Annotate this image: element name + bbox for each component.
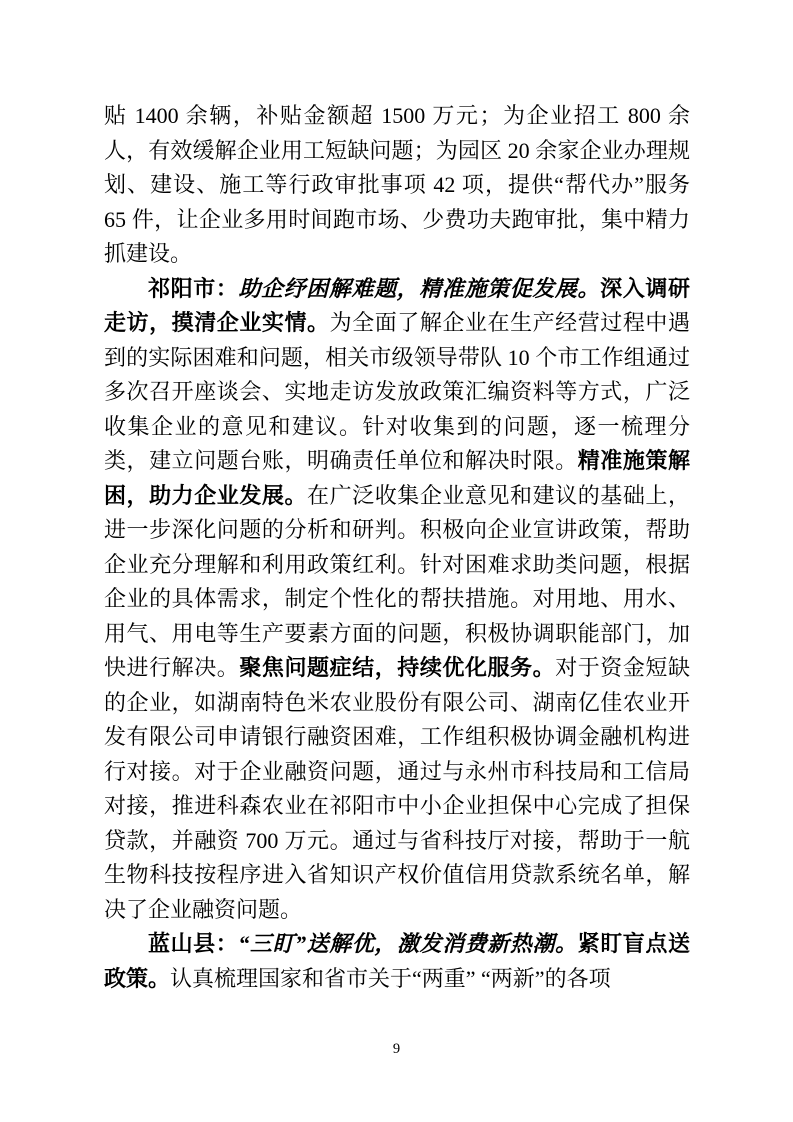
text-run-bold-kai: 助企纾困解难题，精准施策促发展。 — [238, 276, 600, 301]
text-run-lead: 祁阳市： — [148, 276, 238, 301]
text-run-body: 认真梳理国家和省市关于“两重” “两新”的各项 — [170, 966, 611, 991]
paragraph: 贴 1400 余辆，补贴金额超 1500 万元；为企业招工 800 余人，有效缓… — [104, 99, 690, 272]
text-run-body: 贴 1400 余辆，补贴金额超 1500 万元；为企业招工 800 余人，有效缓… — [104, 103, 690, 266]
paragraph: 祁阳市：助企纾困解难题，精准施策促发展。深入调研走访，摸清企业实情。为全面了解企… — [104, 272, 690, 928]
page-number: 9 — [0, 1039, 793, 1059]
document-page: 贴 1400 余辆，补贴金额超 1500 万元；为企业招工 800 余人，有效缓… — [0, 0, 793, 1122]
text-run-lead: 蓝山县： — [148, 931, 238, 956]
text-run-bold: 聚焦问题症结，持续优化服务。 — [239, 655, 555, 680]
document-body: 贴 1400 余辆，补贴金额超 1500 万元；为企业招工 800 余人，有效缓… — [104, 99, 690, 996]
text-run-body: 对于资金短缺的企业，如湖南特色米农业股份有限公司、湖南亿佳农业开发有限公司申请银… — [104, 655, 690, 922]
text-run-bold-kai: “三盯”送解优，激发消费新热潮。 — [238, 931, 577, 956]
text-run-body: 在广泛收集企业意见和建议的基础上，进一步深化问题的分析和研判。积极向企业宣讲政策… — [104, 483, 690, 681]
paragraph: 蓝山县：“三盯”送解优，激发消费新热潮。紧盯盲点送政策。认真梳理国家和省市关于“… — [104, 927, 690, 996]
